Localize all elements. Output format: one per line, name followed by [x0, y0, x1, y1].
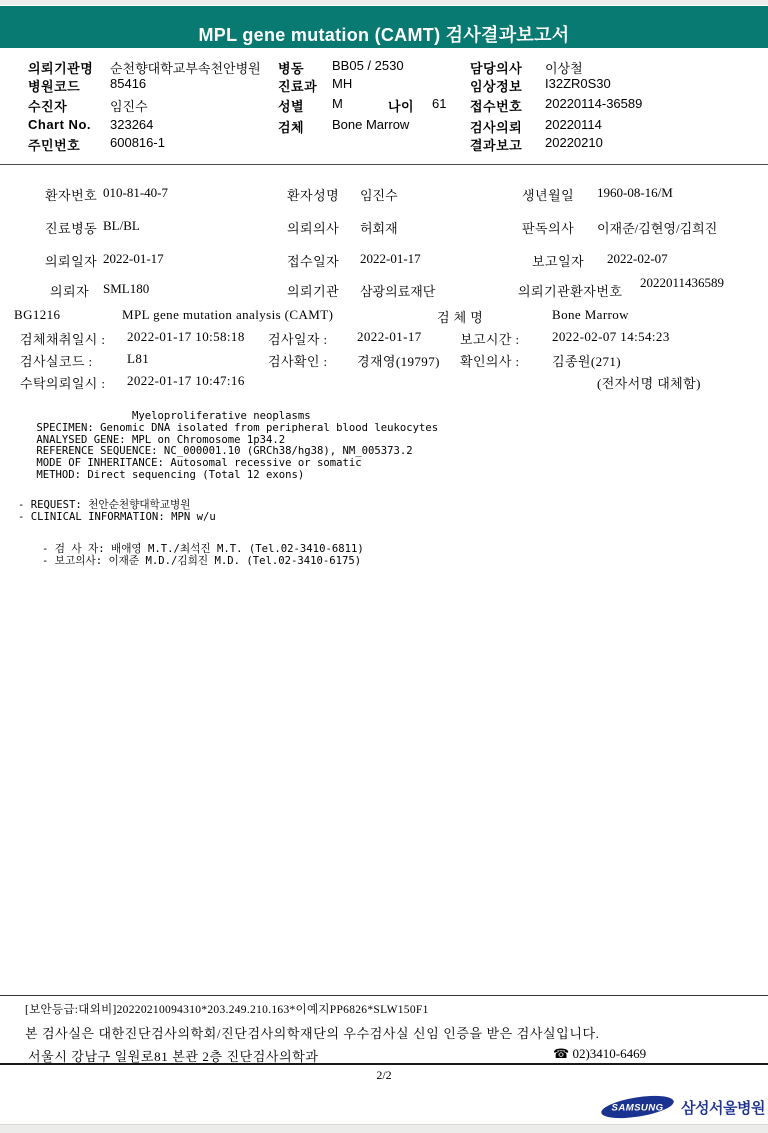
header-info-row: 수진자 임진수 성별 M 나이 61 접수번호 20220114-36589 — [0, 96, 768, 113]
field-label: 생년월일 — [522, 185, 574, 204]
field-label: 진료과 — [278, 76, 317, 95]
lab-phone: ☎ 02)3410-6469 — [553, 1046, 646, 1062]
field-label: 의뢰기관명 — [28, 58, 93, 77]
field-value: 2022-01-17 — [103, 251, 164, 267]
field-label: 나이 — [388, 96, 414, 115]
field-value: 이재준/김현영/김희진 — [597, 218, 717, 237]
header-info-row: 의뢰기관명 순천향대학교부속천안병원 병동 BB05 / 2530 담당의사 이… — [0, 58, 768, 75]
field-label: 검체 — [278, 117, 304, 136]
field-value: 허회재 — [360, 218, 398, 237]
phone-number: 02)3410-6469 — [572, 1046, 646, 1061]
report-time-value: 2022-02-07 14:54:23 — [552, 329, 670, 345]
field-value: 20220210 — [545, 135, 603, 150]
field-value: 600816-1 — [110, 135, 165, 150]
field-label: 의뢰일자 — [45, 251, 97, 270]
field-value: 1960-08-16/M — [597, 185, 673, 201]
patient-info-row: 의뢰자 SML180 의뢰기관 삼광의료재단 의뢰기관환자번호 20220114… — [0, 281, 768, 299]
page-title: MPL gene mutation (CAMT) 검사결과보고서 — [0, 21, 768, 47]
field-value: 85416 — [110, 76, 146, 91]
verified-label: 검사확인 : — [268, 351, 328, 370]
patient-info-row: 진료병동 BL/BL 의뢰의사 허회재 판독의사 이재준/김현영/김희진 — [0, 218, 768, 236]
report-time-label: 보고시간 : — [460, 329, 520, 348]
lab-code-label: 검사실코드 : — [20, 351, 92, 370]
diagnosis-text-block: Myeloproliferative neoplasms SPECIMEN: G… — [30, 411, 438, 482]
signer-text-block: - 검 사 자: 배애영 M.T./최석진 M.T. (Tel.02-3410-… — [42, 544, 364, 568]
field-label: Chart No. — [28, 117, 91, 132]
specimen-value: Bone Marrow — [552, 307, 629, 323]
field-label: 의뢰의사 — [287, 218, 339, 237]
bottom-edge-strip — [0, 1124, 768, 1133]
title-bar: MPL gene mutation (CAMT) 검사결과보고서 — [0, 6, 768, 48]
hospital-name: 삼성서울병원 — [681, 1097, 765, 1118]
field-label: 환자성명 — [287, 185, 339, 204]
field-label: 결과보고 — [470, 135, 522, 154]
test-name: MPL gene mutation analysis (CAMT) — [122, 307, 333, 323]
footer-divider-bottom — [0, 1063, 768, 1065]
test-code: BG1216 — [14, 307, 60, 323]
field-value: 이상철 — [545, 58, 583, 77]
field-label: 검사의뢰 — [470, 117, 522, 136]
field-label: 접수일자 — [287, 251, 339, 270]
header-info-row: 병원코드 85416 진료과 MH 임상정보 I32ZR0S30 — [0, 76, 768, 93]
lab-code-value: L81 — [127, 351, 149, 367]
field-value: 20220114-36589 — [545, 96, 642, 111]
test-date-label: 검사일자 : — [268, 329, 328, 348]
field-label: 접수번호 — [470, 96, 522, 115]
field-label: 환자번호 — [45, 185, 97, 204]
field-value: SML180 — [103, 281, 149, 297]
field-value: BL/BL — [103, 218, 140, 234]
referral-label: 수탁의뢰일시 : — [20, 373, 105, 392]
verified-value: 경재영(19797) — [357, 351, 440, 370]
field-value: I32ZR0S30 — [545, 76, 611, 91]
field-label: 진료병동 — [45, 218, 97, 237]
field-label: 의뢰기관환자번호 — [518, 281, 622, 300]
field-value: 삼광의료재단 — [360, 281, 435, 300]
field-label: 병원코드 — [28, 76, 80, 95]
field-value: BB05 / 2530 — [332, 58, 404, 73]
patient-info-row: 의뢰일자 2022-01-17 접수일자 2022-01-17 보고일자 202… — [0, 251, 768, 269]
field-label: 수진자 — [28, 96, 67, 115]
report-page: MPL gene mutation (CAMT) 검사결과보고서 의뢰기관명 순… — [0, 0, 768, 1133]
field-value: Bone Marrow — [332, 117, 409, 132]
referral-value: 2022-01-17 10:47:16 — [127, 373, 245, 389]
field-value: 2022-01-17 — [360, 251, 421, 267]
field-value: 323264 — [110, 117, 153, 132]
confirm-doctor-value: 김종원(271) — [552, 351, 621, 370]
header-info-row: Chart No. 323264 검체 Bone Marrow 검사의뢰 202… — [0, 117, 768, 134]
field-value: 2022-02-07 — [607, 251, 668, 267]
field-label: 의뢰기관 — [287, 281, 339, 300]
collected-value: 2022-01-17 10:58:18 — [127, 329, 245, 345]
confirm-doctor-label: 확인의사 : — [460, 351, 520, 370]
field-label: 담당의사 — [470, 58, 522, 77]
phone-icon: ☎ — [553, 1046, 569, 1061]
security-classification-line: [보안등급:대외비]20220210094310*203.249.210.163… — [25, 1001, 429, 1017]
field-label: 성별 — [278, 96, 304, 115]
field-value: 010-81-40-7 — [103, 185, 168, 201]
field-label: 보고일자 — [532, 251, 584, 270]
page-number: 2/2 — [0, 1068, 768, 1083]
field-label: 주민번호 — [28, 135, 80, 154]
field-value: 2022011436589 — [640, 276, 732, 289]
request-text-block: - REQUEST: 천안순천향대학교병원 - CLINICAL INFORMA… — [18, 500, 216, 524]
samsung-ellipse-logo: SAMSUNG — [600, 1094, 675, 1120]
field-value: 61 — [432, 96, 446, 111]
field-label: 의뢰자 — [50, 281, 89, 300]
test-date-value: 2022-01-17 — [357, 329, 422, 345]
field-value: MH — [332, 76, 352, 91]
header-info-row: 주민번호 600816-1 결과보고 20220210 — [0, 135, 768, 152]
field-value: M — [332, 96, 343, 111]
specimen-label: 검 체 명 — [437, 307, 483, 326]
esign-note: (전자서명 대체함) — [597, 373, 701, 392]
field-label: 임상정보 — [470, 76, 522, 95]
field-value: 순천향대학교부속천안병원 — [110, 58, 261, 77]
samsung-logo-text: SAMSUNG — [612, 1102, 664, 1113]
field-value: 20220114 — [545, 117, 602, 132]
patient-info-row: 환자번호 010-81-40-7 환자성명 임진수 생년월일 1960-08-1… — [0, 185, 768, 203]
footer-divider-top — [0, 995, 768, 996]
field-value: 임진수 — [360, 185, 398, 204]
samsung-logo: SAMSUNG 삼성서울병원 — [600, 1094, 765, 1120]
field-value: 임진수 — [110, 96, 148, 115]
field-label: 병동 — [278, 58, 304, 77]
section-divider — [0, 164, 768, 165]
certification-statement: 본 검사실은 대한진단검사의학회/진단검사의학재단의 우수검사실 신임 인증을 … — [25, 1023, 600, 1042]
field-label: 판독의사 — [522, 218, 574, 237]
collected-label: 검체채취일시 : — [20, 329, 105, 348]
